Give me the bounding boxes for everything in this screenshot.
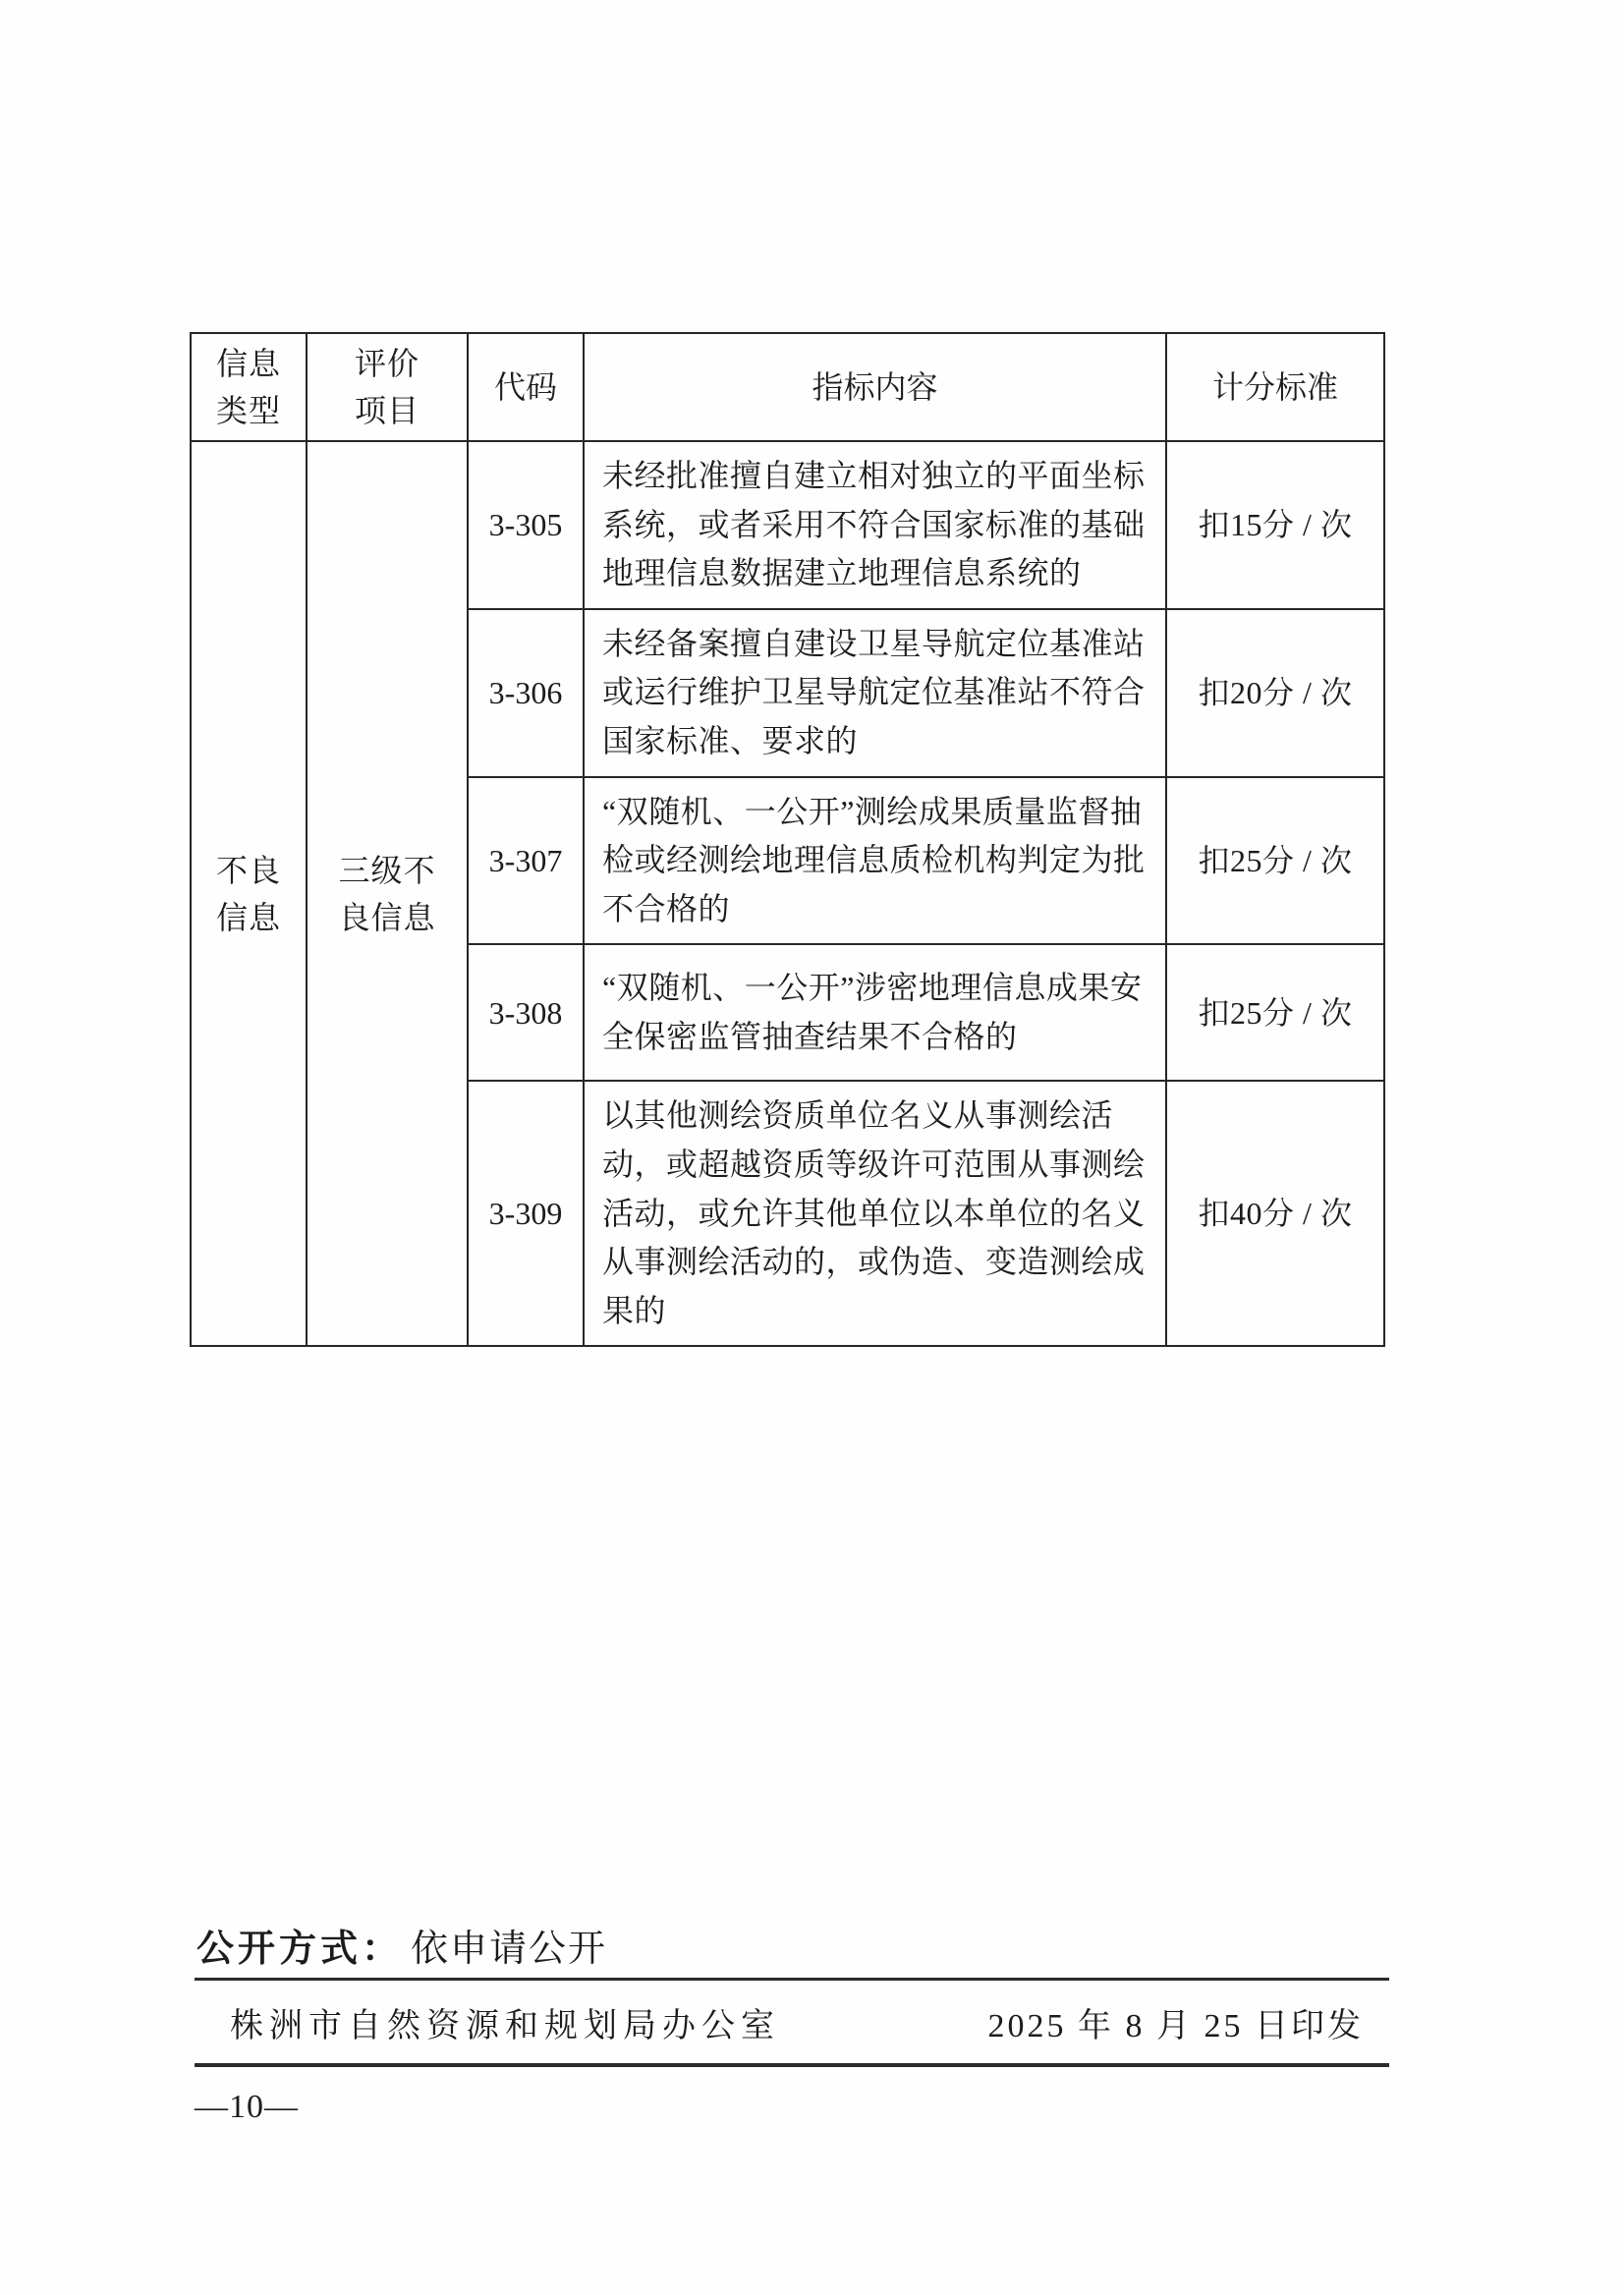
cell-code: 3-308 <box>468 944 584 1081</box>
document-page: 信息 类型 评价 项目 代码 指标内容 计分标准 不良 信息 三级不 良信息 3… <box>0 0 1624 2295</box>
disclosure-value: 依申请公开 <box>411 1929 607 1970</box>
colophon-bottom-rule <box>195 2063 1389 2067</box>
colophon-row: 株洲市自然资源和规划局办公室 2025 年 8 月 25 日印发 <box>195 1981 1389 2063</box>
cell-code: 3-307 <box>468 777 584 945</box>
print-date: 2025 年 8 月 25 日印发 <box>988 1998 1365 2046</box>
header-standard: 计分标准 <box>1166 333 1384 441</box>
cell-content: “双随机、一公开”涉密地理信息成果安全保密监管抽查结果不合格的 <box>584 944 1166 1081</box>
cell-score: 扣25分 / 次 <box>1166 944 1384 1081</box>
score-criteria-table: 信息 类型 评价 项目 代码 指标内容 计分标准 不良 信息 三级不 良信息 3… <box>190 332 1385 1347</box>
table-header-row: 信息 类型 评价 项目 代码 指标内容 计分标准 <box>191 333 1384 441</box>
disclosure-line: 公开方式：依申请公开 <box>196 1918 607 1972</box>
cell-info-type: 不良 信息 <box>191 441 307 1346</box>
cell-code: 3-306 <box>468 609 584 777</box>
cell-eval-item: 三级不 良信息 <box>307 441 468 1346</box>
issuing-office: 株洲市自然资源和规划局办公室 <box>230 1998 780 2046</box>
header-code: 代码 <box>468 333 584 441</box>
cell-code: 3-309 <box>468 1081 584 1346</box>
header-content: 指标内容 <box>584 333 1166 441</box>
table-row: 不良 信息 三级不 良信息 3-305 未经批准擅自建立相对独立的平面坐标系统，… <box>191 441 1384 609</box>
cell-content: 未经备案擅自建设卫星导航定位基准站或运行维护卫星导航定位基准站不符合国家标准、要… <box>584 609 1166 777</box>
cell-content: “双随机、一公开”测绘成果质量监督抽检或经测绘地理信息质检机构判定为批不合格的 <box>584 777 1166 945</box>
disclosure-label: 公开方式： <box>196 1929 403 1970</box>
header-info-type: 信息 类型 <box>191 333 307 441</box>
header-eval-item: 评价 项目 <box>307 333 468 441</box>
cell-code: 3-305 <box>468 441 584 609</box>
cell-score: 扣40分 / 次 <box>1166 1081 1384 1346</box>
cell-content: 未经批准擅自建立相对独立的平面坐标系统，或者采用不符合国家标准的基础地理信息数据… <box>584 441 1166 609</box>
cell-score: 扣20分 / 次 <box>1166 609 1384 777</box>
cell-score: 扣25分 / 次 <box>1166 777 1384 945</box>
cell-score: 扣15分 / 次 <box>1166 441 1384 609</box>
cell-content: 以其他测绘资质单位名义从事测绘活动，或超越资质等级许可范围从事测绘活动，或允许其… <box>584 1081 1166 1346</box>
page-number: —10— <box>195 2089 299 2126</box>
